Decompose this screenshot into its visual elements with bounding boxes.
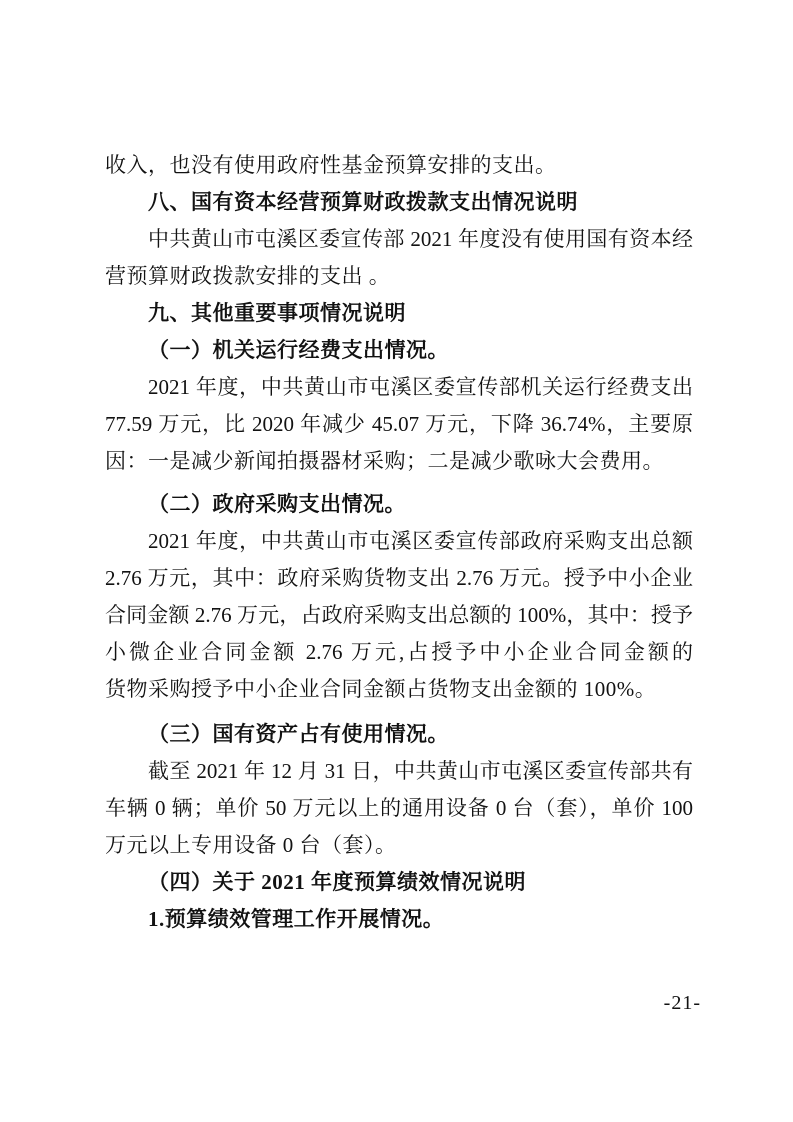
text-line: 截至 2021 年 12 月 31 日，中共黄山市屯溪区委宣传部共有 bbox=[105, 753, 693, 790]
text-line: 2021 年度，中共黄山市屯溪区委宣传部政府采购支出总额 bbox=[105, 523, 693, 560]
text-line: 2.76 万元，其中：政府采购货物支出 2.76 万元。授予中小企业 bbox=[105, 560, 693, 597]
heading-line: （一）机关运行经费支出情况。 bbox=[105, 332, 693, 369]
text-line: 货物采购授予中小企业合同金额占货物支出金额的 100%。 bbox=[105, 671, 693, 708]
text-line: 收入，也没有使用政府性基金预算安排的支出。 bbox=[105, 147, 693, 184]
text-line: 营预算财政拨款安排的支出 。 bbox=[105, 258, 693, 295]
heading-line: 八、国有资本经营预算财政拨款支出情况说明 bbox=[105, 184, 693, 221]
text-line: 小微企业合同金额 2.76 万元,占授予中小企业合同金额的 100%。 bbox=[105, 634, 693, 671]
text-line: 因：一是减少新闻拍摄器材采购；二是减少歌咏大会费用。 bbox=[105, 443, 693, 480]
text-line: 77.59 万元，比 2020 年减少 45.07 万元，下降 36.74%，主… bbox=[105, 406, 693, 443]
text-line: 2021 年度，中共黄山市屯溪区委宣传部机关运行经费支出 bbox=[105, 369, 693, 406]
text-line: 中共黄山市屯溪区委宣传部 2021 年度没有使用国有资本经 bbox=[105, 221, 693, 258]
text-line: 万元以上专用设备 0 台（套）。 bbox=[105, 827, 693, 864]
document-page: 收入，也没有使用政府性基金预算安排的支出。八、国有资本经营预算财政拨款支出情况说… bbox=[0, 0, 793, 1122]
heading-line: 九、其他重要事项情况说明 bbox=[105, 295, 693, 332]
text-line: 合同金额 2.76 万元，占政府采购支出总额的 100%，其中：授予 bbox=[105, 597, 693, 634]
heading-line: 1.预算绩效管理工作开展情况。 bbox=[105, 901, 693, 938]
document-body: 收入，也没有使用政府性基金预算安排的支出。八、国有资本经营预算财政拨款支出情况说… bbox=[105, 147, 693, 938]
heading-line: （三）国有资产占有使用情况。 bbox=[105, 716, 693, 753]
page-number: -21- bbox=[664, 991, 701, 1015]
heading-line: （二）政府采购支出情况。 bbox=[105, 486, 693, 523]
text-line: 车辆 0 辆；单价 50 万元以上的通用设备 0 台（套），单价 100 bbox=[105, 790, 693, 827]
heading-line: （四）关于 2021 年度预算绩效情况说明 bbox=[105, 864, 693, 901]
